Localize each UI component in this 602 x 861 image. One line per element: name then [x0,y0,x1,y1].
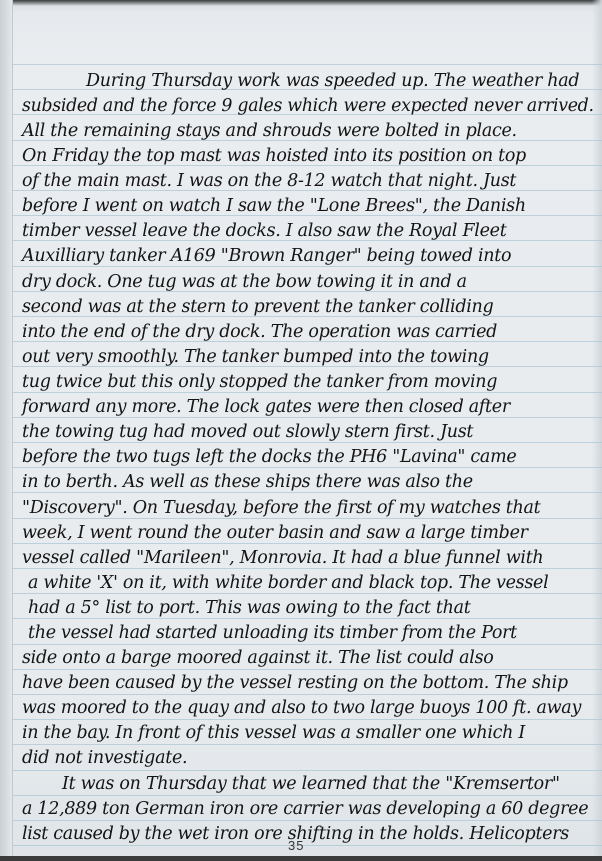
page-top-shadow [0,0,602,6]
text-line: week, I went round the outer basin and s… [22,520,528,547]
text-line: was moored to the quay and also to two l… [22,695,581,722]
text-line: into the end of the dry dock. The operat… [22,319,497,346]
text-line: subsided and the force 9 gales which wer… [22,93,594,120]
text-line: dry dock. One tug was at the bow towing … [22,269,467,296]
page-left-margin [0,0,13,861]
text-line: before I went on watch I saw the "Lone B… [22,193,526,220]
text-line: out very smoothly. The tanker bumped int… [22,344,489,371]
text-line: have been caused by the vessel resting o… [22,670,568,697]
text-line: side onto a barge moored against it. The… [22,645,494,672]
text-line: a white 'X' on it, with white border and… [28,570,548,597]
text-line: Auxilliary tanker A169 "Brown Ranger" be… [22,243,511,270]
page-bottom-edge [0,856,602,861]
text-line: a 12,889 ton German iron ore carrier was… [22,796,588,823]
page-right-edge [592,0,602,861]
text-line: It was on Thursday that we learned that … [62,771,560,798]
text-line: During Thursday work was speeded up. The… [86,68,579,95]
text-line: the vessel had started unloading its tim… [28,620,517,647]
text-line: All the remaining stays and shrouds were… [22,118,517,145]
text-line: had a 5° list to port. This was owing to… [28,595,471,622]
text-line: forward any more. The lock gates were th… [22,394,510,421]
text-line: "Discovery". On Tuesday, before the firs… [22,495,540,522]
text-line: in the bay. In front of this vessel was … [22,720,525,747]
text-line: tug twice but this only stopped the tank… [22,369,497,396]
text-line: did not investigate. [22,745,187,772]
text-line: vessel called "Marileen", Monrovia. It h… [22,545,543,572]
text-line: second was at the stern to prevent the t… [22,294,493,321]
notebook-page: During Thursday work was speeded up. The… [0,0,602,861]
text-line: before the two tugs left the docks the P… [22,444,516,471]
text-line: of the main mast. I was on the 8-12 watc… [22,168,516,195]
ruled-line [12,64,602,65]
text-line: in to berth. As well as these ships ther… [22,469,473,496]
text-line: the towing tug had moved out slowly ster… [22,419,473,446]
text-line: On Friday the top mast was hoisted into … [22,143,526,170]
page-number: 35 [288,838,304,853]
text-line: timber vessel leave the docks. I also sa… [22,218,506,245]
